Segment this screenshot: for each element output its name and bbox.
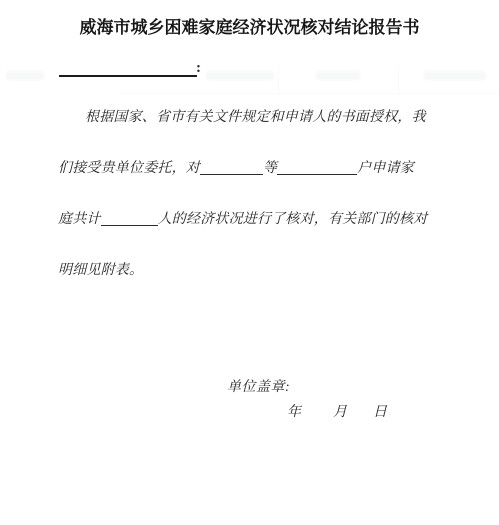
paragraph-line-4: 明细见附表。 (58, 261, 143, 281)
paragraph-line-3-text-a: 庭共计 (58, 212, 101, 227)
bleedthrough-artifact (206, 71, 274, 80)
bleedthrough-artifact (6, 71, 44, 80)
addressee-colon: : (196, 60, 201, 77)
date-year-label: 年 (287, 405, 301, 420)
document-title: 威海市城乡困难家庭经济状况核对结论报告书 (0, 13, 499, 38)
unit-seal-label: 单位盖章: (227, 376, 290, 396)
paragraph-line-2-text-b: 等 (263, 161, 277, 176)
date-month-label: 月 (333, 405, 347, 420)
bleedthrough-artifact (278, 66, 279, 94)
paragraph-line-3: 庭共计人的经济状况进行了核对，有关部门的核对 (58, 210, 427, 230)
paragraph-line-2: 们接受贵单位委托，对等户申请家 (58, 159, 414, 179)
paragraph-line-3-text-b: 人的经济状况进行了核对，有关部门的核对 (158, 212, 428, 227)
household-count-blank-field (277, 161, 357, 175)
bleedthrough-artifact (316, 71, 360, 80)
addressee-blank-field (59, 61, 197, 77)
paragraph-line-1: 根据国家、省市有关文件规定和申请人的书面授权，我 (85, 108, 426, 128)
paragraph-line-2-text-a: 们接受贵单位委托，对 (58, 161, 200, 176)
date-day-label: 日 (373, 405, 387, 420)
bleedthrough-artifact (120, 93, 499, 94)
document-page: 威海市城乡困难家庭经济状况核对结论报告书 : 根据国家、省市有关文件规定和申请人… (0, 0, 499, 525)
person-count-blank-field (101, 212, 158, 226)
date-line: 年月日 (287, 401, 387, 421)
org-name-blank-field (200, 161, 263, 175)
bleedthrough-artifact (398, 66, 399, 94)
paragraph-line-2-text-c: 户申请家 (357, 161, 414, 176)
bleedthrough-artifact (424, 71, 486, 80)
